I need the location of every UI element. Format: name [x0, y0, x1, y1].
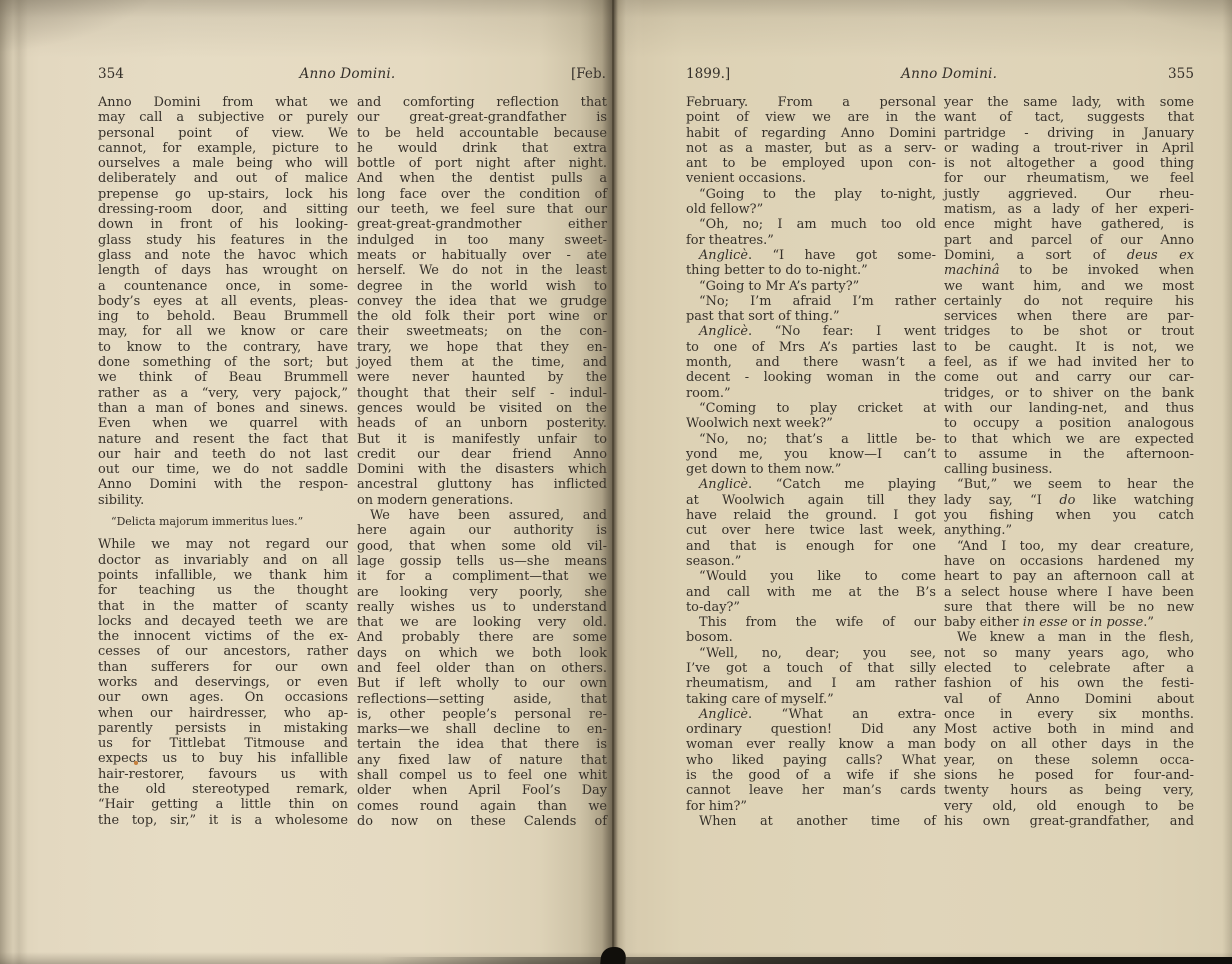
text-line: is not altogether a good thing	[944, 156, 1194, 171]
right-page-header: 1899.] Anno Domini. 355	[686, 66, 1194, 82]
text-line: do now on these Calends of	[357, 814, 607, 829]
text-line: not as a master, but as a serv-	[686, 141, 936, 156]
text-line: ancestral gluttony has inflicted	[357, 477, 607, 492]
text-line: or wading a trout-river in April	[944, 141, 1194, 156]
text-line: a countenance once, in some-	[98, 279, 348, 294]
text-line: have relaid the ground. I got	[686, 508, 936, 523]
text-line: want of tact, suggests that	[944, 110, 1194, 125]
text-line: personal point of view. We	[98, 126, 348, 141]
text-line: with our landing-net, and thus	[944, 401, 1194, 416]
text-line: very old, old enough to be	[944, 799, 1194, 814]
paragraph: “Going to the play to-night,old fellow?”	[686, 187, 936, 218]
text-line: may, for all we know or care	[98, 324, 348, 339]
text-line: when our hairdresser, who ap-	[98, 706, 348, 721]
text-line: to assume in the afternoon-	[944, 447, 1194, 462]
text-line: cannot leave her man’s cards	[686, 783, 936, 798]
text-line: to be held accountable because	[357, 126, 607, 141]
text-line: doctor as invariably and on all	[98, 553, 348, 568]
left-page-number: 354	[98, 66, 124, 82]
text-line: “No; I’m afraid I’m rather	[686, 294, 936, 309]
text-line: we want him, and we most	[944, 279, 1194, 294]
text-line: services when there are par-	[944, 309, 1194, 324]
text-line: than a man of bones and sinews.	[98, 401, 348, 416]
text-line: glass and note the havoc which	[98, 248, 348, 263]
text-line: shall compel us to feel one whit	[357, 768, 607, 783]
text-line: here again our authority is	[357, 523, 607, 538]
text-line: “Hair getting a little thin on	[98, 797, 348, 812]
text-line: old fellow?”	[686, 202, 936, 217]
text-line: “Oh, no; I am much too old	[686, 217, 936, 232]
text-line: our own ages. On occasions	[98, 690, 348, 705]
text-line: nature and resent the fact that	[98, 432, 348, 447]
text-line: the innocent victims of the ex-	[98, 629, 348, 644]
text-line: heart to pay an afternoon call at	[944, 569, 1194, 584]
text-line: yond me, you know—I can’t	[686, 447, 936, 462]
text-line: machinâ to be invoked when	[944, 263, 1194, 278]
paragraph: Anglicè. “Catch me playingat Woolwich ag…	[686, 477, 936, 569]
text-line: really wishes us to understand	[357, 600, 607, 615]
left-page-column-1: Anno Domini from what wemay call a subje…	[98, 95, 348, 828]
paragraph: When at another time of	[686, 814, 936, 829]
text-line: get down to them now.”	[686, 462, 936, 477]
text-line: month, and there wasn’t a	[686, 355, 936, 370]
text-line: a select house where I have been	[944, 585, 1194, 600]
paragraph: Anglicè. “I have got some-thing better t…	[686, 248, 936, 279]
paragraph: Anno Domini from what wemay call a subje…	[98, 95, 348, 508]
text-line: baby either in esse or in posse.”	[944, 615, 1194, 630]
text-line: deliberately and out of malice	[98, 171, 348, 186]
text-line: lage gossip tells us—she means	[357, 554, 607, 569]
text-line: “Coming to play cricket at	[686, 401, 936, 416]
text-line: body’s eyes at all events, pleas-	[98, 294, 348, 309]
text-line: sure that there will be no new	[944, 600, 1194, 615]
text-line: for our rheumatism, we feel	[944, 171, 1194, 186]
text-line: thought that their self - indul-	[357, 386, 607, 401]
paragraph: We have been assured, andhere again our …	[357, 508, 607, 829]
text-line: out our time, we do not saddle	[98, 462, 348, 477]
text-line: to occupy a position analogous	[944, 416, 1194, 431]
text-line: who liked paying calls? What	[686, 753, 936, 768]
book-scan: 354 Anno Domini. [Feb. 1899.] Anno Domin…	[0, 0, 1232, 964]
text-line: length of days has wrought on	[98, 263, 348, 278]
text-line: “But,” we seem to hear the	[944, 477, 1194, 492]
text-line: Anno Domini with the respon-	[98, 477, 348, 492]
right-page-column-1: February. From a personalpoint of view w…	[686, 95, 936, 829]
text-line: once in every six months.	[944, 707, 1194, 722]
text-line: woman ever really know a man	[686, 737, 936, 752]
text-line: for him?”	[686, 799, 936, 814]
text-line: glass study his features in the	[98, 233, 348, 248]
text-line: for theatres.”	[686, 233, 936, 248]
text-line: any fixed law of nature that	[357, 753, 607, 768]
text-line: anything.”	[944, 523, 1194, 538]
text-line: to be caught. It is not, we	[944, 340, 1194, 355]
text-line: season.”	[686, 554, 936, 569]
text-line: the old folk their port wine or	[357, 309, 607, 324]
text-line: But if left wholly to our own	[357, 676, 607, 691]
paragraph: and comforting reflection thatour great-…	[357, 95, 607, 508]
text-line: habit of regarding Anno Domini	[686, 126, 936, 141]
text-line: decent - looking woman in the	[686, 370, 936, 385]
text-line: “Going to Mr A’s party?”	[686, 279, 936, 294]
text-line: body on all other days in the	[944, 737, 1194, 752]
text-line: marks—we shall decline to en-	[357, 722, 607, 737]
text-line: year, on these solemn occa-	[944, 753, 1194, 768]
text-line: “Delicta majorum immeritus lues.”	[111, 515, 348, 530]
text-line: ourselves a male being who will	[98, 156, 348, 171]
text-line: we think of Beau Brummell	[98, 370, 348, 385]
text-line: sions he posed for four-and-	[944, 768, 1194, 783]
text-line: February. From a personal	[686, 95, 936, 110]
text-line: than sufferers for our own	[98, 660, 348, 675]
text-line: for teaching us the thought	[98, 583, 348, 598]
text-line: “And I too, my dear creature,	[944, 539, 1194, 554]
text-line: degree in the world wish to	[357, 279, 607, 294]
text-line: may call a subjective or purely	[98, 110, 348, 125]
text-line: and call with me at the B’s	[686, 585, 936, 600]
text-line: Most active both in mind and	[944, 722, 1194, 737]
text-line: sibility.	[98, 493, 348, 508]
text-line: trary, we hope that they en-	[357, 340, 607, 355]
text-line: joyed them at the time, and	[357, 355, 607, 370]
latin-quote: “Delicta majorum immeritus lues.”	[98, 515, 348, 530]
text-line: And probably there are some	[357, 630, 607, 645]
text-line: room.”	[686, 386, 936, 401]
issue-date-left: [Feb.	[571, 66, 606, 82]
text-line: twenty hours as being very,	[944, 783, 1194, 798]
text-line: that we are looking very old.	[357, 615, 607, 630]
text-line: to that which we are expected	[944, 432, 1194, 447]
text-line: credit our dear friend Anno	[357, 447, 607, 462]
text-line: year the same lady, with some	[944, 95, 1194, 110]
text-line: to one of Mrs A’s parties last	[686, 340, 936, 355]
text-line: our teeth, we feel sure that our	[357, 202, 607, 217]
text-line: partridge - driving in January	[944, 126, 1194, 141]
text-line: “No, no; that’s a little be-	[686, 432, 936, 447]
text-line: cut over here twice last week,	[686, 523, 936, 538]
text-line: works and deservings, or even	[98, 675, 348, 690]
paragraph: “Well, no, dear; you see,I’ve got a touc…	[686, 646, 936, 707]
text-line: us for Tittlebat Titmouse and	[98, 736, 348, 751]
text-line: dressing-room door, and sitting	[98, 202, 348, 217]
text-line: to know to the contrary, have	[98, 340, 348, 355]
text-line: thing better to do to-night.”	[686, 263, 936, 278]
paragraph: “Going to Mr A’s party?”	[686, 279, 936, 294]
paragraph: “No; I’m afraid I’m ratherpast that sort…	[686, 294, 936, 325]
text-line: the old stereotyped remark,	[98, 782, 348, 797]
text-line: that in the matter of scanty	[98, 599, 348, 614]
text-line: elected to celebrate after a	[944, 661, 1194, 676]
text-line: is, other people’s personal re-	[357, 707, 607, 722]
paragraph: “Oh, no; I am much too oldfor theatres.”	[686, 217, 936, 248]
text-line: have on occasions hardened my	[944, 554, 1194, 569]
text-line: locks and decayed teeth we are	[98, 614, 348, 629]
text-line: bottle of port night after night.	[357, 156, 607, 171]
text-line: his own great-grandfather, and	[944, 814, 1194, 829]
running-title-right: Anno Domini.	[901, 66, 997, 82]
text-line: justly aggrieved. Our rheu-	[944, 187, 1194, 202]
text-line: rather as a “very, very pajock,”	[98, 386, 348, 401]
text-line: “Going to the play to-night,	[686, 187, 936, 202]
right-page-column-2: year the same lady, with somewant of tac…	[944, 95, 1194, 829]
text-line: Anglicè. “Catch me playing	[686, 477, 936, 492]
text-line: down in front of his looking-	[98, 217, 348, 232]
text-line: rheumatism, and I am rather	[686, 676, 936, 691]
text-line: comes round again than we	[357, 799, 607, 814]
text-line: it for a compliment—that we	[357, 569, 607, 584]
text-line: calling business.	[944, 462, 1194, 477]
text-line: lady say, “I do like watching	[944, 493, 1194, 508]
text-line: were never haunted by the	[357, 370, 607, 385]
text-line: convey the idea that we grudge	[357, 294, 607, 309]
text-line: ant to be employed upon con-	[686, 156, 936, 171]
paragraph: This from the wife of ourbosom.	[686, 615, 936, 646]
paragraph: February. From a personalpoint of view w…	[686, 95, 936, 187]
text-line: val of Anno Domini about	[944, 692, 1194, 707]
left-page-header: 354 Anno Domini. [Feb.	[98, 66, 606, 82]
text-line: reflections—setting aside, that	[357, 692, 607, 707]
text-line: and feel older than on others.	[357, 661, 607, 676]
text-line: Anglicè. “What an extra-	[686, 707, 936, 722]
text-line: our hair and teeth do not last	[98, 447, 348, 462]
paragraph: “But,” we seem to hear thelady say, “I d…	[944, 477, 1194, 538]
paragraph: year the same lady, with somewant of tac…	[944, 95, 1194, 477]
text-line: at Woolwich again till they	[686, 493, 936, 508]
text-line: When at another time of	[686, 814, 936, 829]
text-line: days on which we both look	[357, 646, 607, 661]
text-line: the top, sir,” it is a wholesome	[98, 813, 348, 828]
text-line: We have been assured, and	[357, 508, 607, 523]
text-line: taking care of myself.”	[686, 692, 936, 707]
text-line: meats or habitually over - ate	[357, 248, 607, 263]
text-line: prepense go up-stairs, lock his	[98, 187, 348, 202]
text-line: and that is enough for one	[686, 539, 936, 554]
text-line: points infallible, we thank him	[98, 568, 348, 583]
text-line: hair-restorer, favours us with	[98, 767, 348, 782]
text-line: he would drink that extra	[357, 141, 607, 156]
text-line: “Well, no, dear; you see,	[686, 646, 936, 661]
paragraph: “Would you like to comeand call with me …	[686, 569, 936, 615]
text-line: “Would you like to come	[686, 569, 936, 584]
text-line: feel, as if we had invited her to	[944, 355, 1194, 370]
paragraph: Anglicè. “No fear: I wentto one of Mrs A…	[686, 324, 936, 400]
text-line: gences would be visited on the	[357, 401, 607, 416]
text-line: you fishing when you catch	[944, 508, 1194, 523]
text-line: older when April Fool’s Day	[357, 783, 607, 798]
text-line: venient occasions.	[686, 171, 936, 186]
text-line: This from the wife of our	[686, 615, 936, 630]
text-line: and comforting reflection that	[357, 95, 607, 110]
text-line: Anno Domini from what we	[98, 95, 348, 110]
text-line: tridges to be shot or trout	[944, 324, 1194, 339]
text-line: not so many years ago, who	[944, 646, 1194, 661]
text-line: point of view we are in the	[686, 110, 936, 125]
text-line: Domini with the disasters which	[357, 462, 607, 477]
text-line: certainly do not require his	[944, 294, 1194, 309]
text-line: tertain the idea that there is	[357, 737, 607, 752]
text-line: ordinary question! Did any	[686, 722, 936, 737]
text-line: great-great-grandmother either	[357, 217, 607, 232]
text-line: past that sort of thing.”	[686, 309, 936, 324]
text-line: cannot, for example, picture to	[98, 141, 348, 156]
left-page-column-2: and comforting reflection thatour great-…	[357, 95, 607, 829]
text-line: is the good of a wife if she	[686, 768, 936, 783]
text-line: bosom.	[686, 630, 936, 645]
text-line: fashion of his own the festi-	[944, 676, 1194, 691]
right-page-number: 355	[1168, 66, 1194, 82]
text-line: While we may not regard our	[98, 537, 348, 552]
text-line: And when the dentist pulls a	[357, 171, 607, 186]
text-line: Even when we quarrel with	[98, 416, 348, 431]
text-line: But it is manifestly unfair to	[357, 432, 607, 447]
paragraph: Anglicè. “What an extra-ordinary questio…	[686, 707, 936, 814]
text-line: parently persists in mistaking	[98, 721, 348, 736]
paragraph: While we may not regard ourdoctor as inv…	[98, 537, 348, 828]
text-line: Woolwich next week?”	[686, 416, 936, 431]
text-line: are looking very poorly, she	[357, 585, 607, 600]
running-title-left: Anno Domini.	[299, 66, 395, 82]
paragraph: “No, no; that’s a little be-yond me, you…	[686, 432, 936, 478]
text-line: come out and carry our car-	[944, 370, 1194, 385]
text-line: our great-great-grandfather is	[357, 110, 607, 125]
text-line: heads of an unborn posterity.	[357, 416, 607, 431]
text-line: cesses of our ancestors, rather	[98, 644, 348, 659]
text-line: good, that when some old vil-	[357, 539, 607, 554]
text-line: ence might have gathered, is	[944, 217, 1194, 232]
text-line: tridges, or to shiver on the bank	[944, 386, 1194, 401]
text-line: long face over the condition of	[357, 187, 607, 202]
text-line: their sweetmeats; on the con-	[357, 324, 607, 339]
text-line: Anglicè. “I have got some-	[686, 248, 936, 263]
text-line: We knew a man in the flesh,	[944, 630, 1194, 645]
text-line: matism, as a lady of her experi-	[944, 202, 1194, 217]
paragraph: “And I too, my dear creature,have on occ…	[944, 539, 1194, 631]
text-line: I’ve got a touch of that silly	[686, 661, 936, 676]
text-line: ing to behold. Beau Brummell	[98, 309, 348, 324]
text-line: on modern generations.	[357, 493, 607, 508]
text-line: expects us to buy his infallible	[98, 751, 348, 766]
issue-date-right: 1899.]	[686, 66, 730, 82]
text-line: indulged in too many sweet-	[357, 233, 607, 248]
paragraph: We knew a man in the flesh,not so many y…	[944, 630, 1194, 829]
text-line: Domini, a sort of deus ex	[944, 248, 1194, 263]
paragraph: “Coming to play cricket atWoolwich next …	[686, 401, 936, 432]
text-line: done something of the sort; but	[98, 355, 348, 370]
text-line: Anglicè. “No fear: I went	[686, 324, 936, 339]
text-line: herself. We do not in the least	[357, 263, 607, 278]
text-line: part and parcel of our Anno	[944, 233, 1194, 248]
text-line: to-day?”	[686, 600, 936, 615]
